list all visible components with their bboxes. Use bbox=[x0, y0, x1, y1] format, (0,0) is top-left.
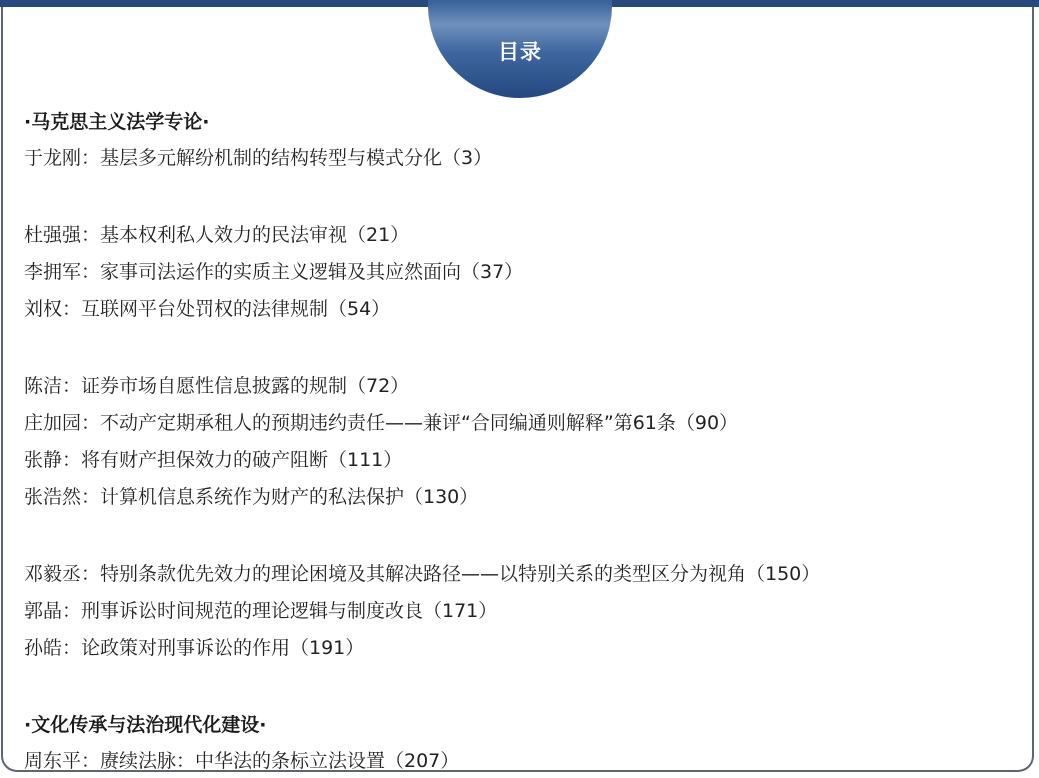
toc-entry[interactable]: 刘权：互联网平台处罚权的法律规制（54） bbox=[24, 291, 1019, 328]
toc-entry[interactable]: 郭晶：刑事诉讼时间规范的理论逻辑与制度改良（171） bbox=[24, 593, 1019, 630]
group-spacer bbox=[24, 516, 1019, 556]
toc-entry[interactable]: 张浩然：计算机信息系统作为财产的私法保护（130） bbox=[24, 479, 1019, 516]
toc-entry[interactable]: 周东平：赓续法脉：中华法的条标立法设置（207） bbox=[24, 743, 1019, 778]
toc-entry[interactable]: 于龙刚：基层多元解纷机制的结构转型与模式分化（3） bbox=[24, 140, 1019, 177]
group-spacer bbox=[24, 177, 1019, 217]
group-spacer bbox=[24, 328, 1019, 368]
toc-entry[interactable]: 杜强强：基本权利私人效力的民法审视（21） bbox=[24, 217, 1019, 254]
section-heading-cultural-heritage: ·文化传承与法治现代化建设· bbox=[24, 707, 1019, 743]
toc-entry[interactable]: 庄加园：不动产定期承租人的预期违约责任——兼评“合同编通则解释”第61条（90） bbox=[24, 405, 1019, 442]
group-spacer bbox=[24, 667, 1019, 707]
toc-entry[interactable]: 李拥军：家事司法运作的实质主义逻辑及其应然面向（37） bbox=[24, 254, 1019, 291]
section-heading-marxist-law: ·马克思主义法学专论· bbox=[24, 104, 1019, 140]
page-title: 目录 bbox=[428, 36, 612, 66]
toc-entry[interactable]: 陈洁：证券市场自愿性信息披露的规制（72） bbox=[24, 368, 1019, 405]
toc-entry[interactable]: 张静：将有财产担保效力的破产阻断（111） bbox=[24, 442, 1019, 479]
toc-entry[interactable]: 孙皓：论政策对刑事诉讼的作用（191） bbox=[24, 630, 1019, 667]
table-of-contents: ·马克思主义法学专论· 于龙刚：基层多元解纷机制的结构转型与模式分化（3） 杜强… bbox=[24, 104, 1019, 778]
toc-entry[interactable]: 邓毅丞：特别条款优先效力的理论困境及其解决路径——以特别关系的类型区分为视角（1… bbox=[24, 556, 1019, 593]
